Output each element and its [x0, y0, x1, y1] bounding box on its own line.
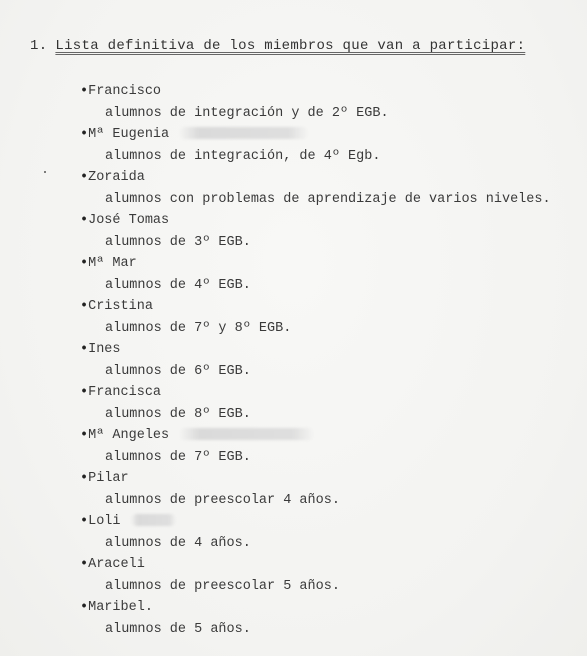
redacted-surname	[179, 428, 314, 440]
member-description: alumnos de 4 años.	[80, 533, 551, 555]
bullet-icon: •	[80, 342, 88, 357]
bullet-icon: •	[80, 299, 88, 314]
list-item: •Francisco alumnos de integración y de 2…	[80, 81, 551, 124]
member-description: alumnos de preescolar 5 años.	[80, 576, 551, 598]
redacted-surname	[179, 127, 309, 139]
list-item: •Francisca alumnos de 8º EGB.	[80, 382, 551, 425]
member-description: alumnos con problemas de aprendizaje de …	[80, 189, 551, 211]
list-item: •Mª Angeles alumnos de 7º EGB.	[80, 425, 551, 468]
member-name: •Zoraida	[80, 167, 551, 189]
member-name: •Cristina	[80, 296, 551, 318]
list-item: •Maribel. alumnos de 5 años.	[80, 597, 551, 640]
list-item: •Ines alumnos de 6º EGB.	[80, 339, 551, 382]
list-item: •Zoraida alumnos con problemas de aprend…	[80, 167, 551, 210]
member-name: •Mª Angeles	[80, 425, 551, 447]
member-description: alumnos de 8º EGB.	[80, 404, 551, 426]
bullet-icon: •	[80, 514, 88, 529]
member-description: alumnos de 5 años.	[80, 619, 551, 641]
bullet-icon: •	[80, 471, 88, 486]
list-item: •José Tomas alumnos de 3º EGB.	[80, 210, 551, 253]
scanned-document-page: 1.Lista definitiva de los miembros que v…	[0, 0, 587, 656]
bullet-icon: •	[80, 84, 88, 99]
member-description: alumnos de integración y de 2º EGB.	[80, 103, 551, 125]
bullet-icon: •	[80, 385, 88, 400]
member-description: alumnos de integración, de 4º Egb.	[80, 146, 551, 168]
list-item: •Cristina alumnos de 7º y 8º EGB.	[80, 296, 551, 339]
bullet-icon: •	[80, 127, 88, 142]
member-description: alumnos de preescolar 4 años.	[80, 490, 551, 512]
list-item: •Araceli alumnos de preescolar 5 años.	[80, 554, 551, 597]
member-description: alumnos de 7º EGB.	[80, 447, 551, 469]
bullet-icon: •	[80, 557, 88, 572]
bullet-icon: •	[80, 428, 88, 443]
member-name: •Araceli	[80, 554, 551, 576]
bullet-icon: •	[80, 170, 88, 185]
member-name: •Francisca	[80, 382, 551, 404]
list-item: •Mª Eugenia alumnos de integración, de 4…	[80, 124, 551, 167]
list-item: •Loli alumnos de 4 años.	[80, 511, 551, 554]
member-name: •Francisco	[80, 81, 551, 103]
member-list: •Francisco alumnos de integración y de 2…	[80, 81, 551, 640]
member-name: •Loli	[80, 511, 551, 533]
member-description: alumnos de 6º EGB.	[80, 361, 551, 383]
member-name: •Pilar	[80, 468, 551, 490]
list-item: •Pilar alumnos de preescolar 4 años.	[80, 468, 551, 511]
member-name: •Maribel.	[80, 597, 551, 619]
bullet-icon: •	[80, 600, 88, 615]
member-name: •Ines	[80, 339, 551, 361]
member-name: •Mª Mar	[80, 253, 551, 275]
member-description: alumnos de 3º EGB.	[80, 232, 551, 254]
section-number: 1.	[30, 38, 47, 54]
list-item: •Mª Mar alumnos de 4º EGB.	[80, 253, 551, 296]
section-heading: 1.Lista definitiva de los miembros que v…	[30, 38, 525, 54]
paper-speck	[44, 171, 46, 173]
member-name: •José Tomas	[80, 210, 551, 232]
member-name: •Mª Eugenia	[80, 124, 551, 146]
member-description: alumnos de 7º y 8º EGB.	[80, 318, 551, 340]
bullet-icon: •	[80, 256, 88, 271]
section-title: Lista definitiva de los miembros que van…	[55, 38, 525, 54]
bullet-icon: •	[80, 213, 88, 228]
member-description: alumnos de 4º EGB.	[80, 275, 551, 297]
redacted-surname	[131, 514, 176, 526]
